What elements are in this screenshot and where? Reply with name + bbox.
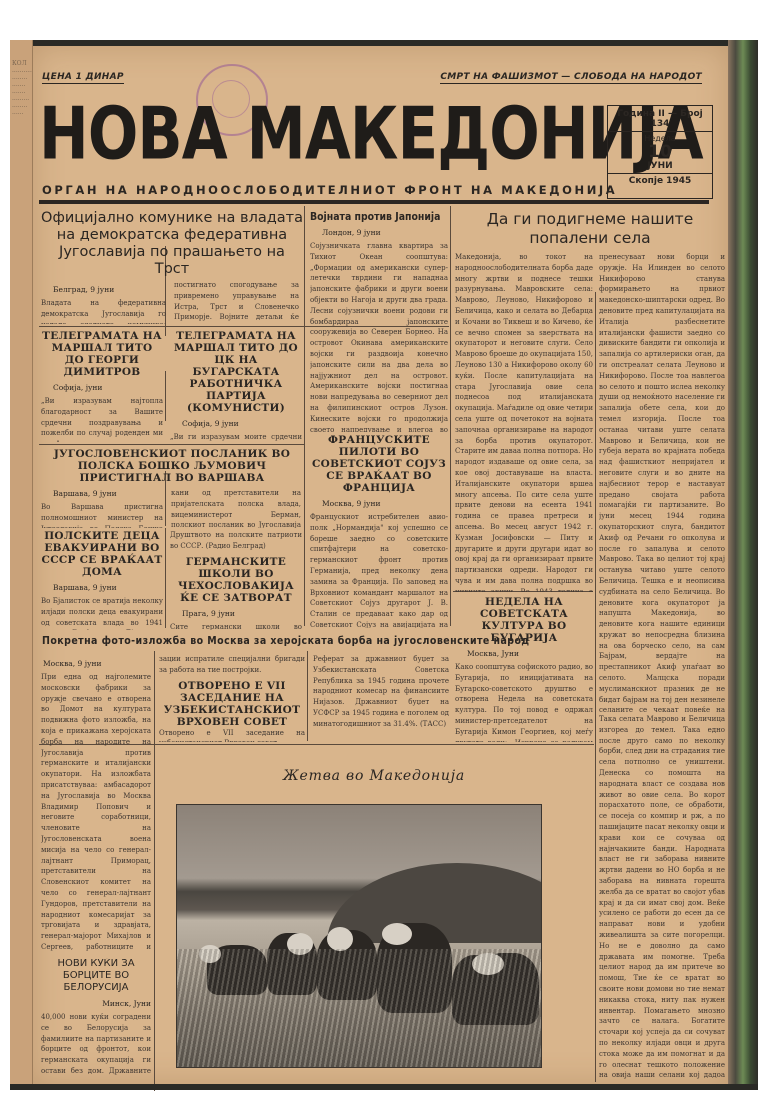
section-rule [39, 444, 304, 445]
dateline: Софија, 9 јуни [182, 419, 302, 428]
headline: Војната против Јапонија [310, 210, 427, 223]
year-issue-number: Година II — Број 134 [608, 106, 712, 132]
day-number: 10 [608, 143, 712, 161]
photo-figure [327, 927, 353, 951]
column-divider [450, 206, 451, 626]
dateline: Софија, јуни [53, 383, 163, 392]
dateline: Минск, Јуни [53, 999, 151, 1008]
article-ambassador-warsaw: ЈУГОСЛОВЕНСКИОТ ПОСЛАНИК ВО ПОЛСКА БОШКО… [41, 448, 303, 528]
dateline: Белград, 9 јуни [53, 285, 166, 294]
headline: Официјално комунике на владата на демокр… [41, 210, 303, 278]
article-trieste: Официјално комунике на владата на демокр… [41, 210, 303, 324]
month: ЈУНИ [608, 161, 712, 174]
article-body: Реферат за државниот буџет за Узбекистан… [313, 654, 449, 730]
article-body-continued: зации испратиле специјални бригади за ра… [159, 654, 305, 676]
headline: ТЕЛЕГРАМАТА НА МАРШАЛ ТИТО ДО ЦК НА БУГА… [170, 330, 302, 414]
article-uzbek-budget: Реферат за државниот буџет за Узбекистан… [313, 654, 449, 742]
column-divider [304, 206, 305, 626]
article-body: Сите германски школи во Чехословакија ќе… [170, 622, 302, 630]
article-body: Сојузничката главна квартира за Тихиот О… [310, 241, 448, 432]
masthead-rule [39, 200, 709, 204]
article-body-continued: пренесуваат нови борци и оружје. На Илин… [599, 252, 725, 712]
headline-photo-exhibition: Покретна фото-изложба во Москва за херој… [42, 634, 529, 647]
article-polish-children: ПОЛСКИТЕ ДЕЦА ЕВАКУИРАНИ ВО СССР СЕ ВРАЌ… [41, 530, 163, 630]
column-divider [307, 651, 308, 741]
binding-bottom-edge [10, 1084, 758, 1090]
article-body: Отворено е VII заседание на узбекистанск… [159, 728, 305, 742]
column-divider [154, 651, 155, 1091]
article-war-japan: Војната против Јапонија Лондон, 9 јуни С… [310, 210, 448, 432]
article-body: „Ви ги изразувам моите срдечни благодарн… [170, 432, 302, 442]
headline: ГЕРМАНСКИТЕ ШКОЛИ ВО ЧЕХОСЛОВАКИЈА ЌЕ СЕ… [170, 556, 302, 604]
article-body: При една од најголемите московски фабрик… [41, 672, 151, 954]
masthead-title: НОВА МАКЕДОНИЈА [39, 96, 507, 173]
article-photo-exhibition: Москва, 9 јуни При една од најголемите м… [41, 654, 151, 954]
article-burned-villages-col3: Така селата Маврово и Беличица изгореа д… [599, 714, 725, 1080]
article-uzbek-soviet: зации испратиле специјални бригади за ра… [159, 654, 305, 742]
headline: ЈУГОСЛОВЕНСКИОТ ПОСЛАНИК ВО ПОЛСКА БОШКО… [41, 448, 303, 484]
dateline: Прага, 9 јуни [182, 609, 302, 618]
article-bulgaria-culture-week: НЕДЕЛА НА СОВЕТСКАТА КУЛТУРА ВО БУГАРИЈА… [455, 596, 593, 742]
article-burned-villages-col2: пренесуваат нови борци и оружје. На Илин… [599, 252, 725, 712]
harvest-photo [176, 804, 542, 1068]
article-body: Владата на федеративна демократска Југос… [41, 298, 166, 324]
headline: ФРАНЦУСКИТЕ ПИЛОТИ ВО СОВЕТСКИОТ СОЈУЗ С… [310, 434, 448, 494]
photo-caption: Жетва во Македонија [283, 768, 465, 784]
issue-info-box: Година II — Број 134 Недела 10 ЈУНИ Скоп… [607, 105, 713, 199]
article-body-continued: постигнато спогодување за привремено упр… [174, 280, 299, 324]
article-body: Во Бјалисток се вратија неколку илјади п… [41, 596, 163, 630]
headline: Да ги подигнеме нашите попалени села [455, 210, 725, 248]
headline: ТЕЛЕГРАМАТА НА МАРШАЛ ТИТО ДО ГЕОРГИ ДИМ… [41, 330, 163, 378]
slogan: СМРТ НА ФАШИЗМОТ — СЛОБОДА НА НАРОДОТ [440, 72, 702, 84]
masthead-subtitle: ОРГАН НА НАРОДНООСЛОБОДИТЕЛНИОТ ФРОНТ НА… [42, 183, 617, 197]
article-body: Македонија, во токот на народноослободит… [455, 252, 593, 592]
column-divider [165, 371, 166, 421]
article-tito-bulgarian-party: ТЕЛЕГРАМАТА НА МАРШАЛ ТИТО ДО ЦК НА БУГА… [170, 330, 302, 442]
article-body-continued: кани од претставители на пријателската п… [171, 488, 301, 528]
article-german-schools: Друштвото на полските патриоти во СССР. … [170, 530, 302, 630]
article-french-pilots: ФРАНЦУСКИТЕ ПИЛОТИ ВО СОВЕТСКИОТ СОЈУЗ С… [310, 434, 448, 628]
newspaper-page: ЦЕНА 1 ДИНАР СМРТ НА ФАШИЗМОТ — СЛОБОДА … [33, 46, 728, 1084]
previous-page-edge: КОЛ ............ ........ ....... ......… [10, 40, 33, 1090]
photo-grain [177, 949, 541, 1067]
article-belarus-houses: НОВИ КУЌИ ЗА БОРЦИТЕ ВО БЕЛОРУСИЈА Минск… [41, 958, 151, 1080]
headline: ОТВОРЕНО Е VII ЗАСЕДАНИЕ НА УЗБЕКИСТАНСК… [159, 680, 305, 728]
article-burned-villages: Македонија, во токот на народноослободит… [455, 252, 593, 592]
dateline: Лондон, 9 јуни [322, 228, 448, 237]
article-body: Францускиот истребителен авио-полк „Норм… [310, 512, 448, 628]
dateline: Москва, 9 јуни [43, 659, 151, 668]
headline: НОВИ КУЌИ ЗА БОРЦИТЕ ВО БЕЛОРУСИЈА [41, 958, 151, 994]
photo-figure [382, 923, 412, 945]
city-year: Скопје 1945 [608, 174, 712, 186]
headline: ПОЛСКИТЕ ДЕЦА ЕВАКУИРАНИ ВО СССР СЕ ВРАЌ… [41, 530, 163, 578]
dateline: Москва, 9 јуни [322, 499, 448, 508]
column-divider [165, 528, 166, 628]
article-body-continued: Така селата Маврово и Беличица изгореа д… [599, 714, 725, 1080]
book-binding-spine [728, 40, 758, 1090]
article-body: Во Варшава пристигна полномошниот минист… [41, 502, 163, 528]
price-label: ЦЕНА 1 ДИНАР [42, 72, 124, 84]
dateline: Москва, Јуни [467, 649, 593, 658]
dateline: Варшава, 9 јуни [53, 583, 163, 592]
article-body: „Ви изразувам најтопла благодарност за В… [41, 396, 163, 442]
article-body-continued: Друштвото на полските патриоти во СССР. … [170, 530, 302, 552]
article-body: Како соопштува софиското радио, во Бугар… [455, 662, 593, 742]
dateline: Варшава, 9 јуни [53, 489, 163, 498]
article-body: 40,000 нови куќи соградени се во Белорус… [41, 1012, 151, 1080]
column-divider [595, 292, 596, 1082]
article-tito-dimitrov: ТЕЛЕГРАМАТА НА МАРШАЛ ТИТО ДО ГЕОРГИ ДИМ… [41, 330, 163, 442]
